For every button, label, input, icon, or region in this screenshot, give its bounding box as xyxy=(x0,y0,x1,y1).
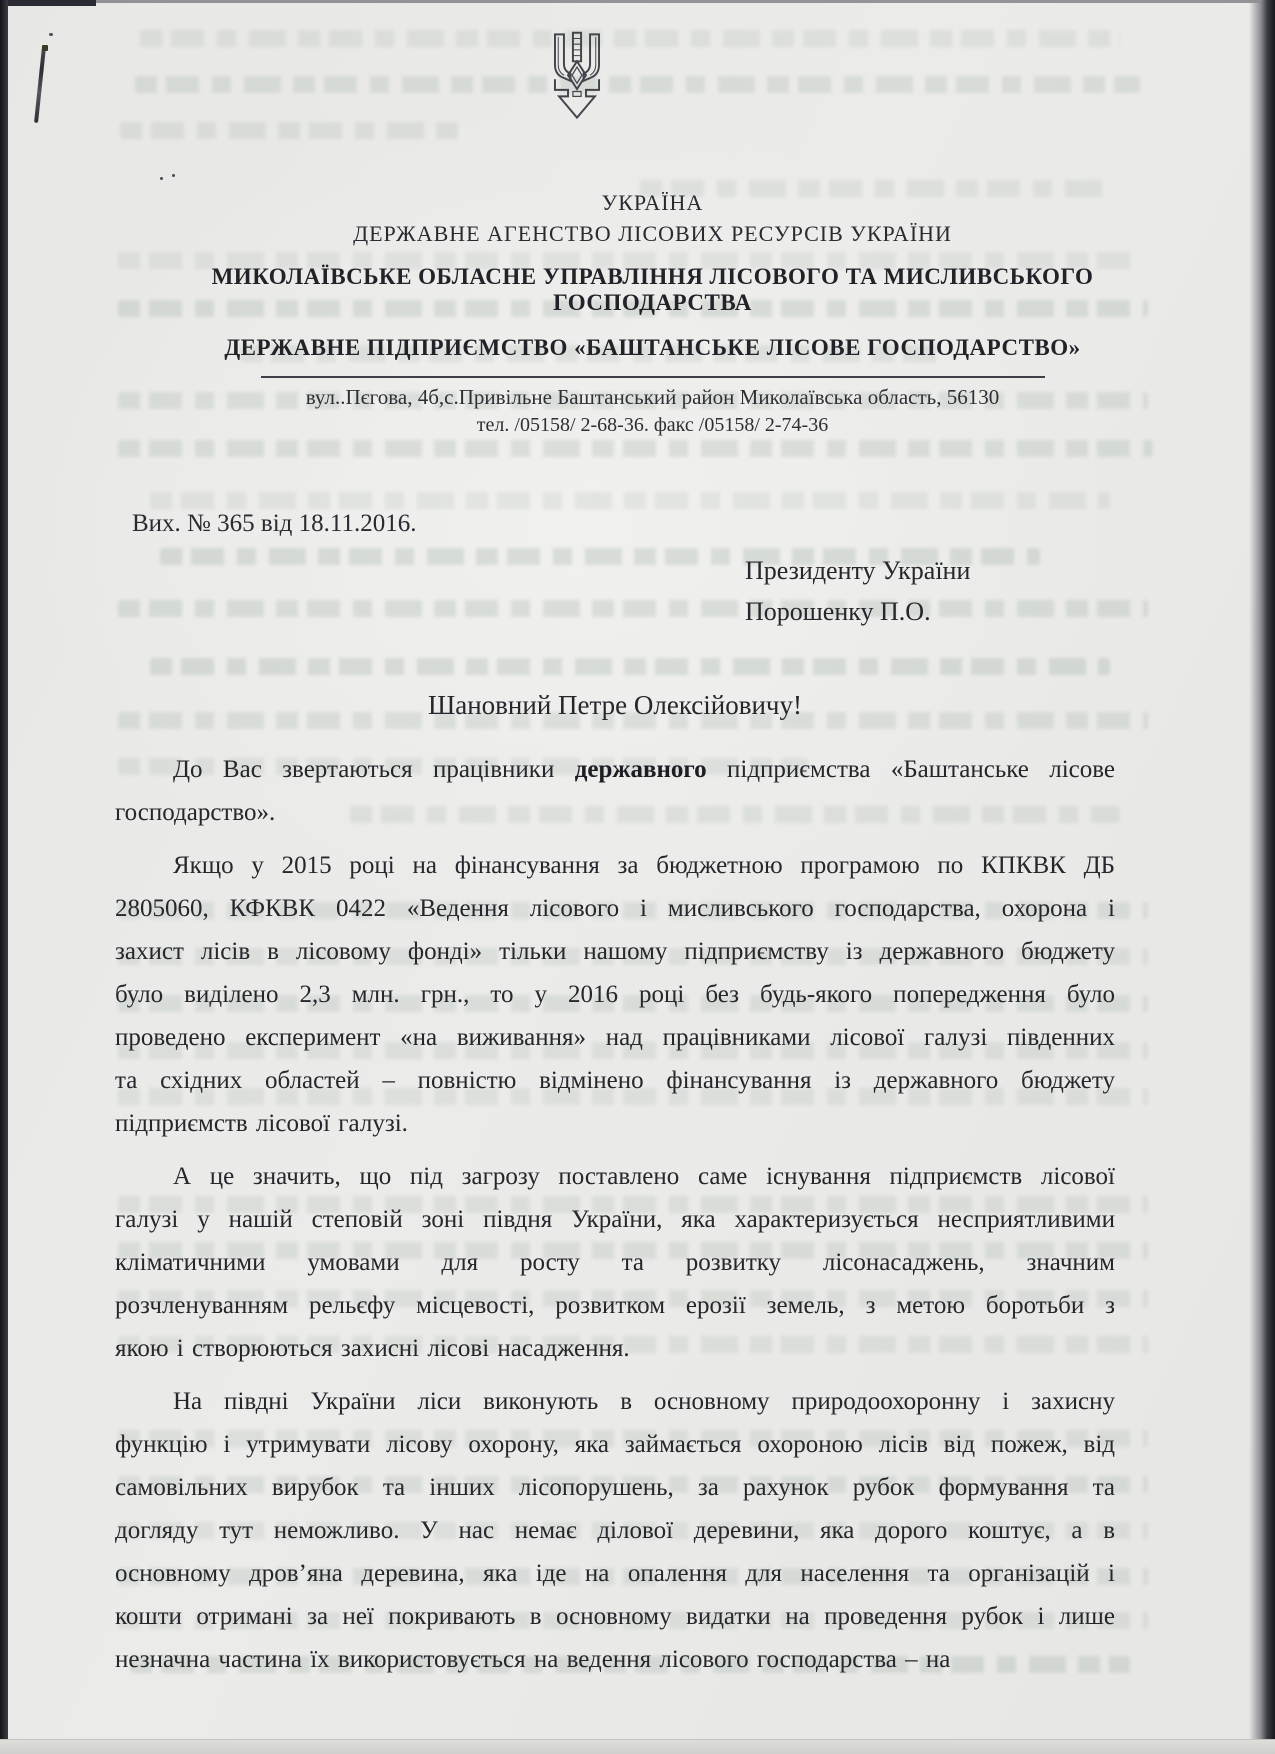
text-line: На півдні України ліси виконують в основ… xyxy=(115,1380,1115,1423)
text-line: господарство». xyxy=(115,791,1115,834)
letterhead-agency: ДЕРЖАВНЕ АГЕНСТВО ЛІСОВИХ РЕСУРСІВ УКРАЇ… xyxy=(130,221,1175,247)
bleedthrough-text-shadow xyxy=(120,122,460,139)
scanned-letter-page: УКРАЇНА ДЕРЖАВНЕ АГЕНСТВО ЛІСОВИХ РЕСУРС… xyxy=(0,0,1275,1754)
text-line: незначна частина їх використовується на … xyxy=(115,1638,1115,1681)
ink-speck xyxy=(49,33,53,36)
letterhead-address: вул..Пєгова, 4б,с.Привільне Баштанський … xyxy=(130,385,1175,410)
letterhead-divider xyxy=(261,376,1045,378)
scan-edge-bottom xyxy=(0,1739,1275,1754)
text-line: галузі у нашій степовій зоні півдня Укра… xyxy=(115,1198,1115,1241)
bleedthrough-text-shadow xyxy=(150,492,1110,509)
recipient-name: Порошенку П.О. xyxy=(745,591,970,632)
text-line: розчленуванням рельєфу місцевості, розви… xyxy=(115,1284,1115,1327)
scan-edge-right xyxy=(1249,0,1275,1754)
text-line: проведено експеримент «на виживання» над… xyxy=(115,1016,1115,1059)
text-line: До Вас звертаються працівники державного… xyxy=(115,748,1115,791)
ink-speck xyxy=(160,177,163,180)
text-line: було виділено 2,3 млн. грн., то у 2016 р… xyxy=(115,973,1115,1016)
text-line: кошти отримані за неї покривають в основ… xyxy=(115,1595,1115,1638)
text-line: кліматичними умовами для росту та розвит… xyxy=(115,1241,1115,1284)
bleedthrough-text-shadow xyxy=(135,76,1140,93)
bleedthrough-text-shadow xyxy=(118,600,1148,617)
paragraph: Якщо у 2015 році на фінансування за бюдж… xyxy=(115,844,1115,1145)
text-line: Якщо у 2015 році на фінансування за бюдж… xyxy=(115,844,1115,887)
body-paragraphs: До Вас звертаються працівники державного… xyxy=(115,748,1115,1691)
text-line: підприємств лісової галузі. xyxy=(115,1102,1115,1145)
letterhead-country: УКРАЇНА xyxy=(130,190,1175,216)
scan-edge-top-dark xyxy=(0,0,96,6)
text-line: функцію і утримувати лісову охорону, яка… xyxy=(115,1423,1115,1466)
text-line: А це значить, що під загрозу поставлено … xyxy=(115,1155,1115,1198)
bleedthrough-text-shadow xyxy=(140,30,1120,47)
paragraph: До Вас звертаються працівники державного… xyxy=(115,748,1115,834)
text-line: основному дров’яна деревина, яка іде на … xyxy=(115,1552,1115,1595)
ukraine-trident-icon xyxy=(546,20,608,137)
text-line: захист лісів в лісовому фонді» тільки на… xyxy=(115,930,1115,973)
letterhead-phone-fax: тел. /05158/ 2-68-36. факс /05158/ 2-74-… xyxy=(130,414,1175,437)
ink-speck xyxy=(172,174,175,177)
paragraph: На півдні України ліси виконують в основ… xyxy=(115,1380,1115,1681)
text-line: самовільних вирубок та інших лісопорушен… xyxy=(115,1466,1115,1509)
text-line: якою і створюються захисні лісові насадж… xyxy=(115,1327,1115,1370)
text-line: догляду тут неможливо. У нас немає ділов… xyxy=(115,1509,1115,1552)
staple xyxy=(34,47,46,123)
letterhead-regional-office: МИКОЛАЇВСЬКЕ ОБЛАСНЕ УПРАВЛІННЯ ЛІСОВОГО… xyxy=(130,264,1175,316)
text-line: 2805060, КФКВК 0422 «Ведення лісового і … xyxy=(115,887,1115,930)
outgoing-reference: Вих. № 365 від 18.11.2016. xyxy=(132,510,416,538)
paragraph: А це значить, що під загрозу поставлено … xyxy=(115,1155,1115,1370)
bleedthrough-text-shadow xyxy=(118,440,1153,457)
text-line: та східних областей – повністю відмінено… xyxy=(115,1059,1115,1102)
scan-edge-top xyxy=(0,0,1275,3)
letterhead-enterprise: ДЕРЖАВНЕ ПІДПРИЄМСТВО «БАШТАНСЬКЕ ЛІСОВЕ… xyxy=(130,335,1175,361)
recipient-block: Президенту України Порошенку П.О. xyxy=(745,550,970,632)
letterhead: УКРАЇНА ДЕРЖАВНЕ АГЕНСТВО ЛІСОВИХ РЕСУРС… xyxy=(130,190,1175,437)
scan-edge-left xyxy=(0,0,8,1754)
staple-head xyxy=(42,45,48,51)
salutation: Шановний Петре Олексійовичу! xyxy=(115,690,1115,721)
bleedthrough-text-shadow xyxy=(150,658,1110,675)
recipient-title: Президенту України xyxy=(745,550,970,591)
